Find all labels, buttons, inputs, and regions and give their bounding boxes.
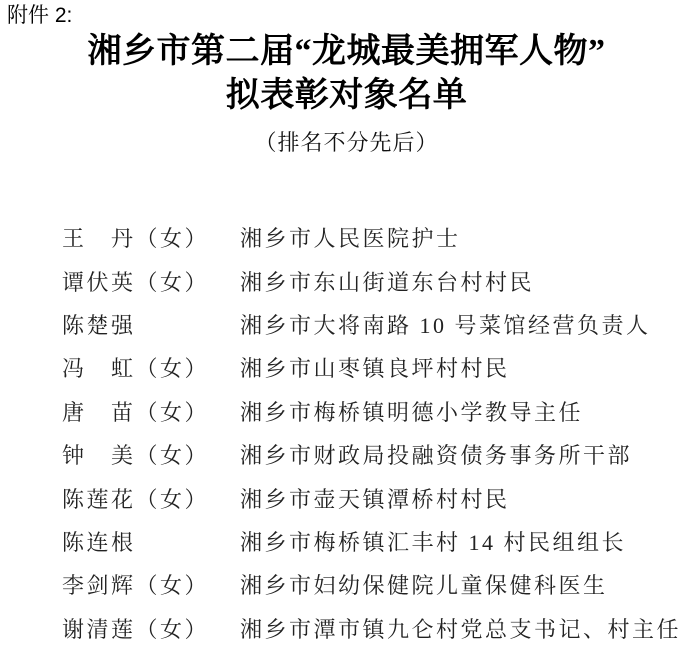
subtitle: （排名不分先后） bbox=[0, 128, 693, 158]
honoree-row: 谭伏英（女） 湘乡市东山街道东台村村民 bbox=[62, 259, 693, 302]
honoree-name: 谭伏英（女） bbox=[62, 266, 240, 297]
honoree-row: 陈莲花（女） 湘乡市壶天镇潭桥村村民 bbox=[62, 476, 693, 519]
honoree-row: 钟 美（女） 湘乡市财政局投融资债务事务所干部 bbox=[62, 433, 693, 476]
attachment-label: 附件 2: bbox=[7, 3, 72, 29]
honoree-name: 谢清莲（女） bbox=[62, 613, 240, 644]
honoree-description: 湘乡市梅桥镇明德小学教导主任 bbox=[240, 396, 693, 427]
title-line-2: 拟表彰对象名单 bbox=[0, 74, 693, 118]
honoree-row: 陈连根 湘乡市梅桥镇汇丰村 14 村民组组长 bbox=[62, 520, 693, 563]
honoree-description: 湘乡市梅桥镇汇丰村 14 村民组组长 bbox=[240, 526, 693, 557]
honoree-name: 唐 苗（女） bbox=[62, 396, 240, 427]
honoree-description: 湘乡市山枣镇良坪村村民 bbox=[240, 352, 693, 383]
honoree-description: 湘乡市人民医院护士 bbox=[240, 222, 693, 253]
honoree-description: 湘乡市财政局投融资债务事务所干部 bbox=[240, 439, 693, 470]
honoree-name: 冯 虹（女） bbox=[62, 352, 240, 383]
honoree-description: 湘乡市潭市镇九仑村党总支书记、村主任 bbox=[240, 613, 693, 644]
title-line-1: 湘乡市第二届“龙城最美拥军人物” bbox=[0, 30, 693, 74]
honoree-row: 冯 虹（女） 湘乡市山枣镇良坪村村民 bbox=[62, 346, 693, 389]
page-root: { "page": { "attachment_label": "附件 2:",… bbox=[0, 0, 693, 664]
honoree-name: 李剑辉（女） bbox=[62, 569, 240, 600]
honoree-row: 李剑辉（女） 湘乡市妇幼保健院儿童保健科医生 bbox=[62, 563, 693, 606]
honoree-description: 湘乡市妇幼保健院儿童保健科医生 bbox=[240, 569, 693, 600]
honoree-description: 湘乡市东山街道东台村村民 bbox=[240, 266, 693, 297]
honoree-description: 湘乡市壶天镇潭桥村村民 bbox=[240, 483, 693, 514]
honoree-name: 陈连根 bbox=[62, 526, 240, 557]
honoree-row: 陈楚强 湘乡市大将南路 10 号菜馆经营负责人 bbox=[62, 303, 693, 346]
honoree-description: 湘乡市大将南路 10 号菜馆经营负责人 bbox=[240, 309, 693, 340]
honoree-name: 钟 美（女） bbox=[62, 439, 240, 470]
document-title: 湘乡市第二届“龙城最美拥军人物” 拟表彰对象名单 bbox=[0, 30, 693, 118]
honoree-row: 谢清莲（女） 湘乡市潭市镇九仑村党总支书记、村主任 bbox=[62, 607, 693, 650]
honoree-row: 唐 苗（女） 湘乡市梅桥镇明德小学教导主任 bbox=[62, 390, 693, 433]
honoree-name: 王 丹（女） bbox=[62, 222, 240, 253]
honoree-row: 王 丹（女） 湘乡市人民医院护士 bbox=[62, 216, 693, 259]
honoree-name: 陈莲花（女） bbox=[62, 483, 240, 514]
honoree-list: 王 丹（女） 湘乡市人民医院护士 谭伏英（女） 湘乡市东山街道东台村村民 陈楚强… bbox=[62, 216, 693, 650]
honoree-name: 陈楚强 bbox=[62, 309, 240, 340]
